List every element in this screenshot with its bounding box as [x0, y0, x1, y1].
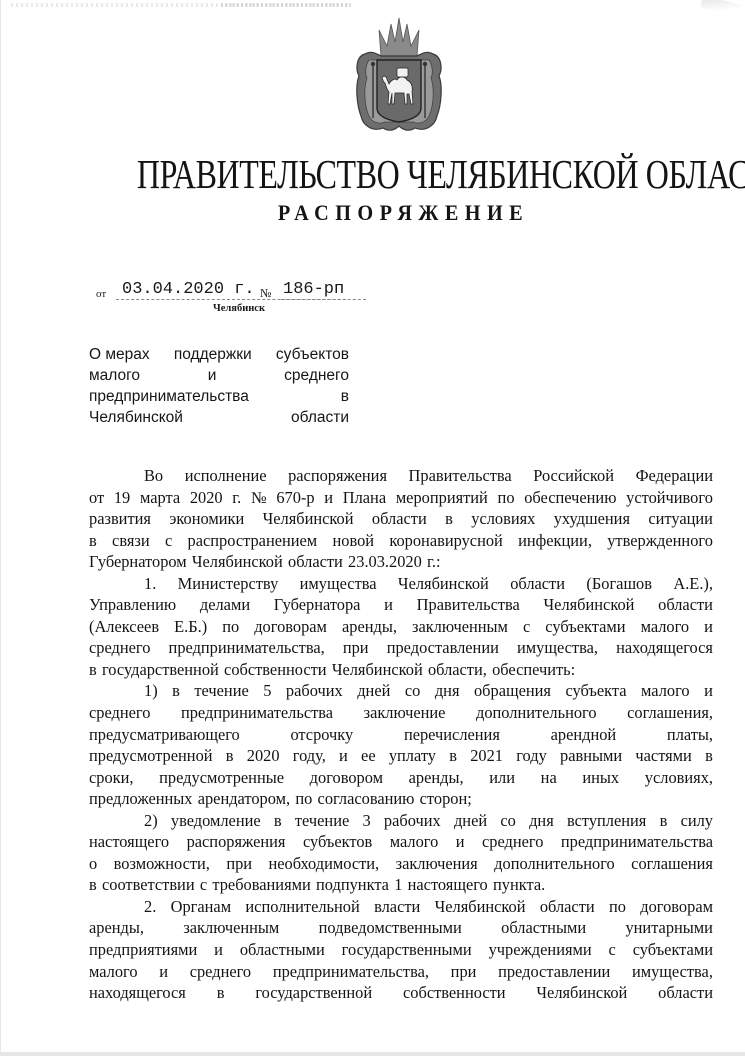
- government-title: ПРАВИТЕЛЬСТВО ЧЕЛЯБИНСКОЙ ОБЛАСТИ: [137, 150, 675, 198]
- body-word: аренды,: [342, 616, 397, 638]
- body-line: 2.ОрганамисполнительнойвластиЧелябинской…: [89, 896, 713, 918]
- body-word: частями: [635, 745, 691, 767]
- body-word: областными: [240, 939, 325, 961]
- body-word: Челябинской: [332, 659, 423, 681]
- body-word: мероприятий: [396, 487, 488, 509]
- subject-word: малого: [89, 365, 140, 386]
- body-word: при: [343, 637, 369, 659]
- body-word: возможности,: [114, 853, 210, 875]
- document-type-heading: РАСПОРЯЖЕНИЕ: [33, 200, 745, 226]
- body-line: среднегопредпринимательства,припредостав…: [89, 637, 713, 659]
- body-line: от19марта2020г.№670-риПланамероприятийпо…: [89, 487, 713, 509]
- body-word: условиях,: [645, 767, 713, 789]
- body-word: в: [226, 745, 234, 767]
- body-word: Правительства: [417, 594, 520, 616]
- body-line: предложенныхарендатором,посогласованиюст…: [89, 788, 713, 810]
- body-word: 1): [144, 680, 158, 702]
- body-word: области: [372, 508, 427, 530]
- body-word: Управлению: [89, 594, 176, 616]
- subject-word: субъектов: [276, 344, 349, 365]
- document-subject: О мерах поддержки субъектов малого и сре…: [89, 344, 349, 428]
- body-word: подпункта: [316, 874, 389, 896]
- body-word: договорам: [254, 616, 327, 638]
- body-line: малогоисреднегопредпринимательства,припр…: [89, 961, 713, 983]
- body-word: Органам: [171, 896, 231, 918]
- body-word: малого: [641, 680, 690, 702]
- body-word: и: [214, 939, 223, 961]
- body-word: распоряжения: [288, 465, 387, 487]
- body-word: уведомление: [171, 810, 261, 832]
- body-word: областными: [501, 917, 586, 939]
- body-word: рабочих: [286, 680, 343, 702]
- body-word: 670-р: [276, 487, 314, 509]
- body-word: 19: [114, 487, 130, 509]
- body-word: при: [451, 961, 477, 983]
- body-word: государственными: [342, 939, 472, 961]
- body-line: настоящегораспоряжениясубъектовмалогоиср…: [89, 831, 713, 853]
- body-word: Правительства: [409, 465, 512, 487]
- body-word: предпринимательства,: [273, 961, 429, 983]
- coat-of-arms-icon: [351, 16, 447, 134]
- body-word: требованиями: [212, 874, 310, 896]
- body-word: соглашения,: [627, 702, 713, 724]
- body-word: области: [510, 573, 565, 595]
- body-word: 3: [362, 810, 370, 832]
- body-word: среднего: [89, 702, 150, 724]
- body-word: инфекции,: [518, 530, 592, 552]
- body-word: равными: [560, 745, 622, 767]
- body-word: обеспечить:: [492, 659, 575, 681]
- scan-artifact: [221, 3, 351, 7]
- body-word: А.Е.),: [673, 573, 713, 595]
- body-word: находящегося: [616, 637, 713, 659]
- body-word: со: [500, 810, 515, 832]
- body-line: сроки,предусмотренныедоговоромаренды,или…: [89, 767, 713, 789]
- body-word: отсрочку: [290, 724, 353, 746]
- subject-line: О мерах поддержки субъектов: [89, 344, 349, 365]
- body-word: Плана: [343, 487, 386, 509]
- body-word: с: [523, 616, 530, 638]
- body-word: платы,: [667, 724, 713, 746]
- subject-line: предпринимательства в: [89, 386, 349, 407]
- body-word: распространением: [188, 530, 318, 552]
- body-word: о: [89, 853, 97, 875]
- body-word: Челябинской: [263, 508, 354, 530]
- body-word: субъектами: [633, 939, 713, 961]
- body-word: при: [226, 853, 252, 875]
- body-word: ситуации: [648, 508, 713, 530]
- body-word: арендной: [551, 724, 617, 746]
- body-line: ГубернаторомЧелябинскойобласти23.03.2020…: [89, 551, 713, 573]
- subject-word: в: [341, 386, 349, 407]
- body-word: №: [251, 487, 267, 509]
- body-word: Челябинской: [544, 594, 635, 616]
- body-word: обращения: [474, 680, 551, 702]
- body-line: 1)втечение5рабочихднейсодняобращениясубъ…: [89, 680, 713, 702]
- body-word: вступления: [567, 810, 646, 832]
- body-word: предпринимательства: [181, 702, 333, 724]
- body-word: и: [324, 487, 333, 509]
- body-line: ВоисполнениераспоряженияПравительстваРос…: [89, 465, 713, 487]
- body-word: аренды,: [89, 917, 144, 939]
- body-word: со: [405, 680, 420, 702]
- body-word: арендатором,: [198, 788, 290, 810]
- body-word: согласованию: [318, 788, 415, 810]
- body-word: Губернатором: [89, 551, 187, 573]
- body-line: всвязисраспространениемновойкоронавирусн…: [89, 530, 713, 552]
- body-word: от: [89, 487, 104, 509]
- body-word: силу: [681, 810, 713, 832]
- body-word: находящегося: [89, 982, 186, 1004]
- body-word: необходимости,: [269, 853, 380, 875]
- body-word: государственной: [102, 659, 219, 681]
- body-word: малого: [390, 831, 439, 853]
- body-word: Челябинской: [398, 573, 489, 595]
- number-prefix-label: №: [260, 286, 271, 301]
- body-line: (АлексеевЕ.Б.)подоговорамаренды,заключен…: [89, 616, 713, 638]
- body-word: имущества,: [517, 637, 598, 659]
- subject-word: среднего: [284, 365, 349, 386]
- body-word: заключенным: [183, 917, 279, 939]
- body-word: соглашения: [631, 853, 713, 875]
- body-word: настоящего: [408, 874, 488, 896]
- body-word: предоставлении: [498, 961, 610, 983]
- body-word: с: [165, 530, 172, 552]
- body-word: новой: [332, 530, 374, 552]
- body-word: в: [705, 745, 713, 767]
- body-word: по: [295, 788, 312, 810]
- body-word: и: [384, 594, 393, 616]
- scan-artifact: [700, 0, 742, 17]
- document-page: ПРАВИТЕЛЬСТВО ЧЕЛЯБИНСКОЙ ОБЛАСТИ РАСПОР…: [0, 0, 745, 1052]
- body-word: 1.: [144, 573, 156, 595]
- body-word: на: [541, 767, 557, 789]
- body-line: развитияэкономикиЧелябинскойобластивусло…: [89, 508, 713, 530]
- body-line: аренды,заключеннымподведомственнымиоблас…: [89, 917, 713, 939]
- body-word: Федерации: [636, 465, 713, 487]
- body-word: дня: [435, 680, 460, 702]
- subject-word: и: [208, 365, 217, 386]
- body-word: государственной: [255, 982, 372, 1004]
- body-word: обеспечению: [524, 487, 616, 509]
- body-word: Министерству: [178, 573, 279, 595]
- body-word: среднего: [190, 961, 251, 983]
- body-word: ухудшения: [554, 508, 630, 530]
- body-word: сторон;: [420, 788, 472, 810]
- subject-word: области: [291, 407, 349, 428]
- body-word: г.:: [427, 551, 441, 573]
- body-word: сроки,: [89, 767, 134, 789]
- body-word: Челябинской: [536, 982, 627, 1004]
- body-word: перечисления: [404, 724, 500, 746]
- body-word: и: [159, 961, 168, 983]
- body-word: учреждениями: [489, 939, 592, 961]
- body-line: предусматривающегоотсрочкуперечисленияар…: [89, 724, 713, 746]
- body-word: экономики: [169, 508, 244, 530]
- document-body: ВоисполнениераспоряженияПравительстваРос…: [89, 465, 713, 1004]
- body-line: находящегосявгосударственнойсобственност…: [89, 982, 713, 1004]
- body-word: аренды,: [409, 767, 464, 789]
- body-word: по: [222, 616, 239, 638]
- body-word: дня: [529, 810, 554, 832]
- body-word: собственности: [224, 659, 327, 681]
- body-word: предоставлении: [387, 637, 499, 659]
- subject-word: предпринимательства: [89, 386, 249, 407]
- body-word: и: [456, 831, 465, 853]
- body-word: малого: [641, 616, 690, 638]
- body-word: 23.03.2020: [348, 551, 422, 573]
- body-word: соответствии: [102, 874, 195, 896]
- body-word: подведомственными: [319, 917, 462, 939]
- body-line: предусмотреннойв2020году,иееуплатув2021г…: [89, 745, 713, 767]
- body-word: в: [89, 659, 97, 681]
- body-word: субъектами: [545, 616, 625, 638]
- body-word: и: [704, 616, 713, 638]
- body-word: предусмотренной: [89, 745, 213, 767]
- body-word: в: [172, 680, 180, 702]
- body-word: в: [660, 810, 668, 832]
- body-line: всоответствиистребованиямиподпункта1наст…: [89, 874, 713, 896]
- body-word: предпринимательства,: [169, 637, 325, 659]
- body-word: уплату: [389, 745, 436, 767]
- body-word: утвержденного: [607, 530, 713, 552]
- body-word: 2020: [247, 745, 280, 767]
- body-line: среднегопредпринимательствазаключениедоп…: [89, 702, 713, 724]
- body-line: предприятиямииобластнымигосударственными…: [89, 939, 713, 961]
- body-word: области,: [428, 659, 487, 681]
- body-word: Во: [144, 465, 163, 487]
- body-word: (Богашов: [586, 573, 652, 595]
- body-line: 2)уведомлениевтечение3рабочихднейсоднявс…: [89, 810, 713, 832]
- body-word: в: [89, 530, 97, 552]
- body-word: малого: [89, 961, 138, 983]
- body-word: ее: [361, 745, 376, 767]
- body-word: коронавирусной: [389, 530, 502, 552]
- body-word: дополнительного: [494, 853, 615, 875]
- body-word: и: [704, 680, 713, 702]
- body-word: марта: [140, 487, 180, 509]
- body-word: заключение: [364, 702, 446, 724]
- body-word: 2.: [144, 896, 156, 918]
- body-word: собственности: [403, 982, 506, 1004]
- body-word: предприятиями: [89, 939, 197, 961]
- body-word: предусматривающего: [89, 724, 240, 746]
- subject-word: поддержки: [174, 344, 252, 365]
- body-word: с: [200, 874, 207, 896]
- body-word: Е.Б.): [174, 616, 207, 638]
- body-word: иных: [582, 767, 619, 789]
- body-word: устойчивого: [626, 487, 713, 509]
- body-line: вгосударственнойсобственностиЧелябинской…: [89, 659, 713, 681]
- body-word: Челябинской: [435, 896, 526, 918]
- body-word: делами: [200, 594, 250, 616]
- body-word: в: [274, 810, 282, 832]
- subject-word: О мерах: [89, 344, 150, 365]
- body-word: г.: [232, 487, 241, 509]
- body-word: предложенных: [89, 788, 192, 810]
- subject-line: малого и среднего: [89, 365, 349, 386]
- body-word: дней: [357, 680, 390, 702]
- date-number-line: от 03.04.2020 г. № 186-рп: [96, 280, 376, 302]
- subject-word: Челябинской: [89, 407, 183, 428]
- date-prefix-label: от: [96, 288, 106, 300]
- body-word: по: [609, 896, 626, 918]
- body-word: году: [516, 745, 547, 767]
- body-line: овозможности,принеобходимости,заключения…: [89, 853, 713, 875]
- body-word: 5: [263, 680, 271, 702]
- body-word: в: [217, 982, 225, 1004]
- body-word: заключения: [396, 853, 478, 875]
- body-word: заключенным: [412, 616, 508, 638]
- document-number: 186-рп: [281, 280, 366, 300]
- body-word: распоряжения: [187, 831, 286, 853]
- body-line: УправлениюделамиГубернатораиПравительств…: [89, 594, 713, 616]
- city-label: Челябинск: [213, 303, 265, 314]
- body-word: договором: [310, 767, 383, 789]
- body-word: Российской: [533, 465, 614, 487]
- body-word: договорам: [640, 896, 713, 918]
- body-word: унитарными: [625, 917, 713, 939]
- body-word: 2): [144, 810, 158, 832]
- body-word: в: [449, 745, 457, 767]
- body-word: условиях: [471, 508, 535, 530]
- body-word: развития: [89, 508, 151, 530]
- body-word: в: [89, 874, 97, 896]
- body-word: области: [540, 896, 595, 918]
- viewer-background: [0, 1052, 745, 1056]
- body-word: области: [658, 594, 713, 616]
- body-word: в: [445, 508, 453, 530]
- body-word: предпринимательства: [561, 831, 713, 853]
- body-word: по: [498, 487, 515, 509]
- body-word: 2021: [470, 745, 503, 767]
- body-word: 1: [394, 874, 402, 896]
- body-word: среднего: [89, 637, 150, 659]
- body-word: исполнение: [185, 465, 267, 487]
- body-word: течение: [194, 680, 248, 702]
- body-word: связи: [112, 530, 150, 552]
- body-word: (Алексеев: [89, 616, 159, 638]
- body-word: власти: [374, 896, 420, 918]
- body-word: дней: [454, 810, 487, 832]
- body-word: Губернатора: [274, 594, 361, 616]
- body-word: году,: [293, 745, 326, 767]
- subject-line: Челябинской области: [89, 407, 349, 428]
- body-word: течение: [295, 810, 349, 832]
- body-word: с: [609, 939, 616, 961]
- body-word: или: [489, 767, 515, 789]
- body-word: области: [288, 551, 343, 573]
- body-word: среднего: [482, 831, 543, 853]
- body-word: области: [658, 982, 713, 1004]
- body-word: имущества: [300, 573, 377, 595]
- body-word: исполнительной: [245, 896, 359, 918]
- body-word: субъекта: [565, 680, 626, 702]
- body-word: настоящего: [89, 831, 169, 853]
- body-line: 1.МинистерствуимуществаЧелябинскойобласт…: [89, 573, 713, 595]
- body-word: имущества,: [632, 961, 713, 983]
- body-word: 2020: [190, 487, 223, 509]
- body-word: предусмотренные: [159, 767, 284, 789]
- body-word: Челябинской: [192, 551, 283, 573]
- body-word: дополнительного: [476, 702, 597, 724]
- body-word: и: [339, 745, 348, 767]
- body-word: субъектов: [303, 831, 372, 853]
- body-word: рабочих: [384, 810, 441, 832]
- body-word: пункта.: [493, 874, 545, 896]
